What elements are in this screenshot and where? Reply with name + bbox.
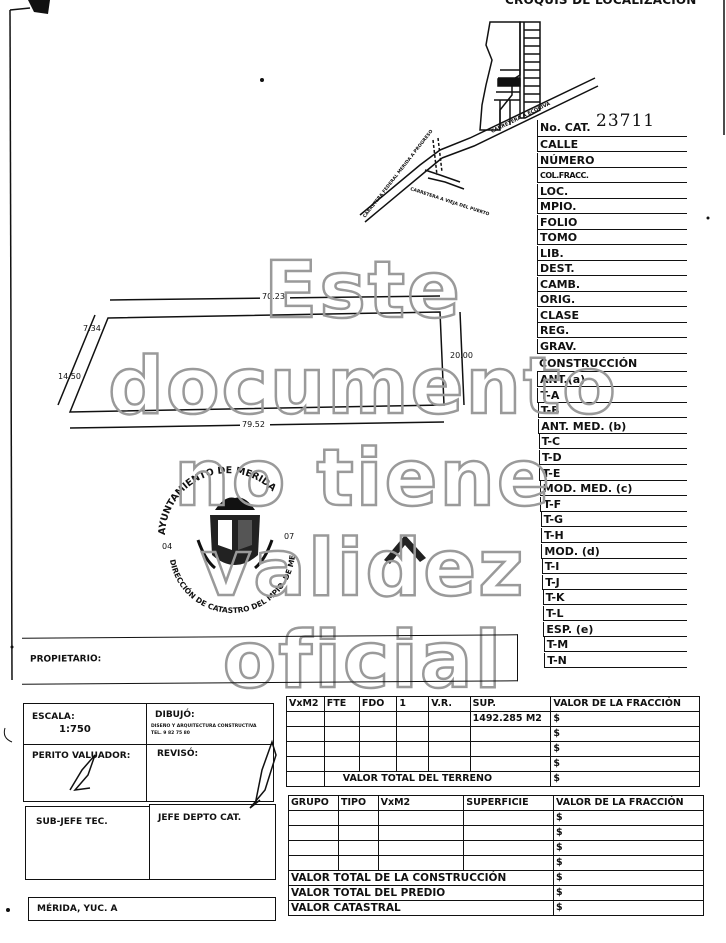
land-cell[interactable] bbox=[287, 742, 325, 757]
construction-row: $ bbox=[289, 826, 704, 841]
land-header-cell: VxM2 bbox=[287, 697, 325, 712]
land-total-value[interactable]: $ bbox=[551, 772, 700, 787]
construction-row: $ bbox=[289, 811, 704, 826]
cadastral-field-row[interactable]: NÚMERO bbox=[537, 153, 687, 168]
construction-cell[interactable] bbox=[378, 826, 464, 841]
land-header-cell: SUP. bbox=[470, 697, 551, 712]
construction-cell[interactable] bbox=[338, 826, 378, 841]
land-row: $ bbox=[287, 757, 700, 772]
watermark-line: no tiene bbox=[0, 440, 726, 518]
land-header-cell: V.R. bbox=[429, 697, 470, 712]
jefe-depto-box[interactable]: JEFE DEPTO CAT. bbox=[149, 804, 276, 880]
construction-header-cell: SUPERFICIE bbox=[464, 796, 554, 811]
land-cell[interactable] bbox=[429, 712, 470, 727]
construction-total-value[interactable]: $ bbox=[554, 871, 704, 886]
construction-cell[interactable]: $ bbox=[554, 856, 704, 871]
dibujo-line1: DISEÑO Y ARQUITECTURA CONSTRUCTIVA bbox=[151, 724, 257, 729]
land-cell[interactable]: $ bbox=[551, 742, 700, 757]
land-cell[interactable] bbox=[397, 727, 429, 742]
owner-field[interactable]: PROPIETARIO: bbox=[22, 634, 518, 684]
construction-cell[interactable] bbox=[464, 826, 554, 841]
land-row: 1492.285 M2$ bbox=[287, 712, 700, 727]
construction-cell[interactable] bbox=[289, 811, 339, 826]
dibujo-box: DIBUJÓ: DISEÑO Y ARQUITECTURA CONSTRUCTI… bbox=[146, 703, 274, 745]
corner-mark bbox=[28, 0, 50, 14]
construction-cell[interactable]: $ bbox=[554, 811, 704, 826]
land-cell[interactable] bbox=[397, 712, 429, 727]
construction-total-label: VALOR CATASTRAL bbox=[289, 901, 554, 916]
construction-cell[interactable] bbox=[338, 856, 378, 871]
construction-field-row[interactable]: T-L bbox=[543, 606, 687, 621]
construction-cell[interactable] bbox=[378, 841, 464, 856]
land-cell[interactable] bbox=[397, 757, 429, 772]
construction-total-value[interactable]: $ bbox=[554, 901, 704, 916]
cadastral-field-row[interactable]: COL.FRACC. bbox=[537, 168, 687, 183]
subjefe-box[interactable]: SUB-JEFE TEC. bbox=[25, 806, 150, 880]
construction-row: $ bbox=[289, 841, 704, 856]
reviso-label: REVISÓ: bbox=[157, 749, 198, 759]
subjefe-label: SUB-JEFE TEC. bbox=[36, 817, 108, 827]
construction-cell[interactable] bbox=[338, 811, 378, 826]
escala-value: 1:750 bbox=[59, 724, 91, 735]
construction-total-label: VALOR TOTAL DEL PREDIO bbox=[289, 886, 554, 901]
construction-cell[interactable] bbox=[378, 811, 464, 826]
construction-cell[interactable] bbox=[289, 856, 339, 871]
land-cell[interactable]: $ bbox=[551, 757, 700, 772]
land-header-row: VxM2FTEFDO1V.R.SUP.VALOR DE LA FRACCIÓN bbox=[287, 697, 700, 712]
construction-header-cell: VALOR DE LA FRACCIÓN bbox=[554, 796, 704, 811]
construction-total-row: VALOR CATASTRAL$ bbox=[289, 901, 704, 916]
land-cell[interactable] bbox=[470, 727, 551, 742]
no-cat-row: No. CAT. 23711 bbox=[537, 120, 687, 137]
perito-valuador-box[interactable]: PERITO VALUADOR: bbox=[23, 744, 147, 802]
construction-cell[interactable] bbox=[338, 841, 378, 856]
construction-cell[interactable] bbox=[289, 841, 339, 856]
construction-cell[interactable] bbox=[464, 811, 554, 826]
land-cell[interactable] bbox=[429, 757, 470, 772]
land-cell[interactable]: $ bbox=[551, 712, 700, 727]
land-cell[interactable] bbox=[359, 742, 396, 757]
land-cell[interactable] bbox=[429, 742, 470, 757]
no-cat-label: No. CAT. bbox=[540, 121, 591, 134]
land-total-label: VALOR TOTAL DEL TERRENO bbox=[324, 772, 551, 787]
svg-text:CARRETERA A VIEJA DEL PUERTO: CARRETERA A VIEJA DEL PUERTO bbox=[409, 186, 490, 217]
no-cat-value: 23711 bbox=[596, 114, 655, 129]
land-cell[interactable] bbox=[324, 757, 359, 772]
land-total-spacer bbox=[287, 772, 325, 787]
perito-label: PERITO VALUADOR: bbox=[32, 751, 130, 761]
owner-label: PROPIETARIO: bbox=[30, 654, 101, 664]
land-cell[interactable] bbox=[287, 727, 325, 742]
construction-valuation-table: GRUPOTIPOVxM2SUPERFICIEVALOR DE LA FRACC… bbox=[288, 795, 704, 916]
construction-cell[interactable] bbox=[378, 856, 464, 871]
reviso-box[interactable]: REVISÓ: bbox=[146, 744, 274, 802]
land-cell[interactable] bbox=[359, 727, 396, 742]
dibujo-line2: TEL. 9 82 75 80 bbox=[151, 731, 190, 736]
escala-box: ESCALA: 1:750 bbox=[23, 703, 147, 745]
land-cell[interactable] bbox=[397, 742, 429, 757]
land-cell[interactable] bbox=[359, 712, 396, 727]
land-cell[interactable] bbox=[287, 712, 325, 727]
land-cell[interactable] bbox=[470, 757, 551, 772]
land-cell[interactable] bbox=[324, 712, 359, 727]
watermark-line: documento bbox=[0, 348, 726, 426]
construction-cell[interactable] bbox=[289, 826, 339, 841]
construction-header-cell: TIPO bbox=[338, 796, 378, 811]
dibujo-label: DIBUJÓ: bbox=[155, 710, 195, 720]
watermark-line: validez bbox=[0, 530, 726, 608]
land-header-cell: FDO bbox=[359, 697, 396, 712]
land-header-cell: 1 bbox=[397, 697, 429, 712]
cadastral-field-row[interactable]: LOC. bbox=[537, 184, 687, 199]
construction-total-value[interactable]: $ bbox=[554, 886, 704, 901]
land-total-row: VALOR TOTAL DEL TERRENO$ bbox=[287, 772, 700, 787]
cadastral-field-row[interactable]: CALLE bbox=[537, 137, 687, 152]
construction-cell[interactable] bbox=[464, 856, 554, 871]
land-header-cell: VALOR DE LA FRACCIÓN bbox=[551, 697, 700, 712]
jefe-label: JEFE DEPTO CAT. bbox=[158, 813, 241, 823]
cadastral-field-row[interactable]: FOLIO bbox=[537, 215, 687, 230]
land-row: $ bbox=[287, 727, 700, 742]
construction-cell[interactable]: $ bbox=[554, 826, 704, 841]
land-cell[interactable] bbox=[359, 757, 396, 772]
land-row: $ bbox=[287, 742, 700, 757]
land-valuation-table: VxM2FTEFDO1V.R.SUP.VALOR DE LA FRACCIÓN1… bbox=[286, 696, 700, 787]
place-label: MÉRIDA, YUC. A bbox=[37, 904, 118, 914]
land-cell[interactable]: 1492.285 M2 bbox=[470, 712, 551, 727]
land-cell[interactable] bbox=[429, 727, 470, 742]
land-cell[interactable] bbox=[324, 742, 359, 757]
cadastral-field-row[interactable]: MPIO. bbox=[537, 199, 687, 214]
land-cell[interactable] bbox=[287, 757, 325, 772]
land-cell[interactable] bbox=[324, 727, 359, 742]
construction-total-row: VALOR TOTAL DEL PREDIO$ bbox=[289, 886, 704, 901]
place-date-field[interactable]: MÉRIDA, YUC. A bbox=[28, 897, 276, 921]
construction-cell[interactable]: $ bbox=[554, 841, 704, 856]
land-cell[interactable]: $ bbox=[551, 727, 700, 742]
construction-cell[interactable] bbox=[464, 841, 554, 856]
escala-label: ESCALA: bbox=[32, 712, 75, 722]
construction-header-cell: VxM2 bbox=[378, 796, 464, 811]
construction-row: $ bbox=[289, 856, 704, 871]
construction-total-label: VALOR TOTAL DE LA CONSTRUCCIÓN bbox=[289, 871, 554, 886]
watermark-line: Este bbox=[0, 252, 726, 330]
cadastral-field-row[interactable]: TOMO bbox=[537, 230, 687, 245]
construction-header-row: GRUPOTIPOVxM2SUPERFICIEVALOR DE LA FRACC… bbox=[289, 796, 704, 811]
construction-total-row: VALOR TOTAL DE LA CONSTRUCCIÓN$ bbox=[289, 871, 704, 886]
land-header-cell: FTE bbox=[324, 697, 359, 712]
construction-header-cell: GRUPO bbox=[289, 796, 339, 811]
land-cell[interactable] bbox=[470, 742, 551, 757]
